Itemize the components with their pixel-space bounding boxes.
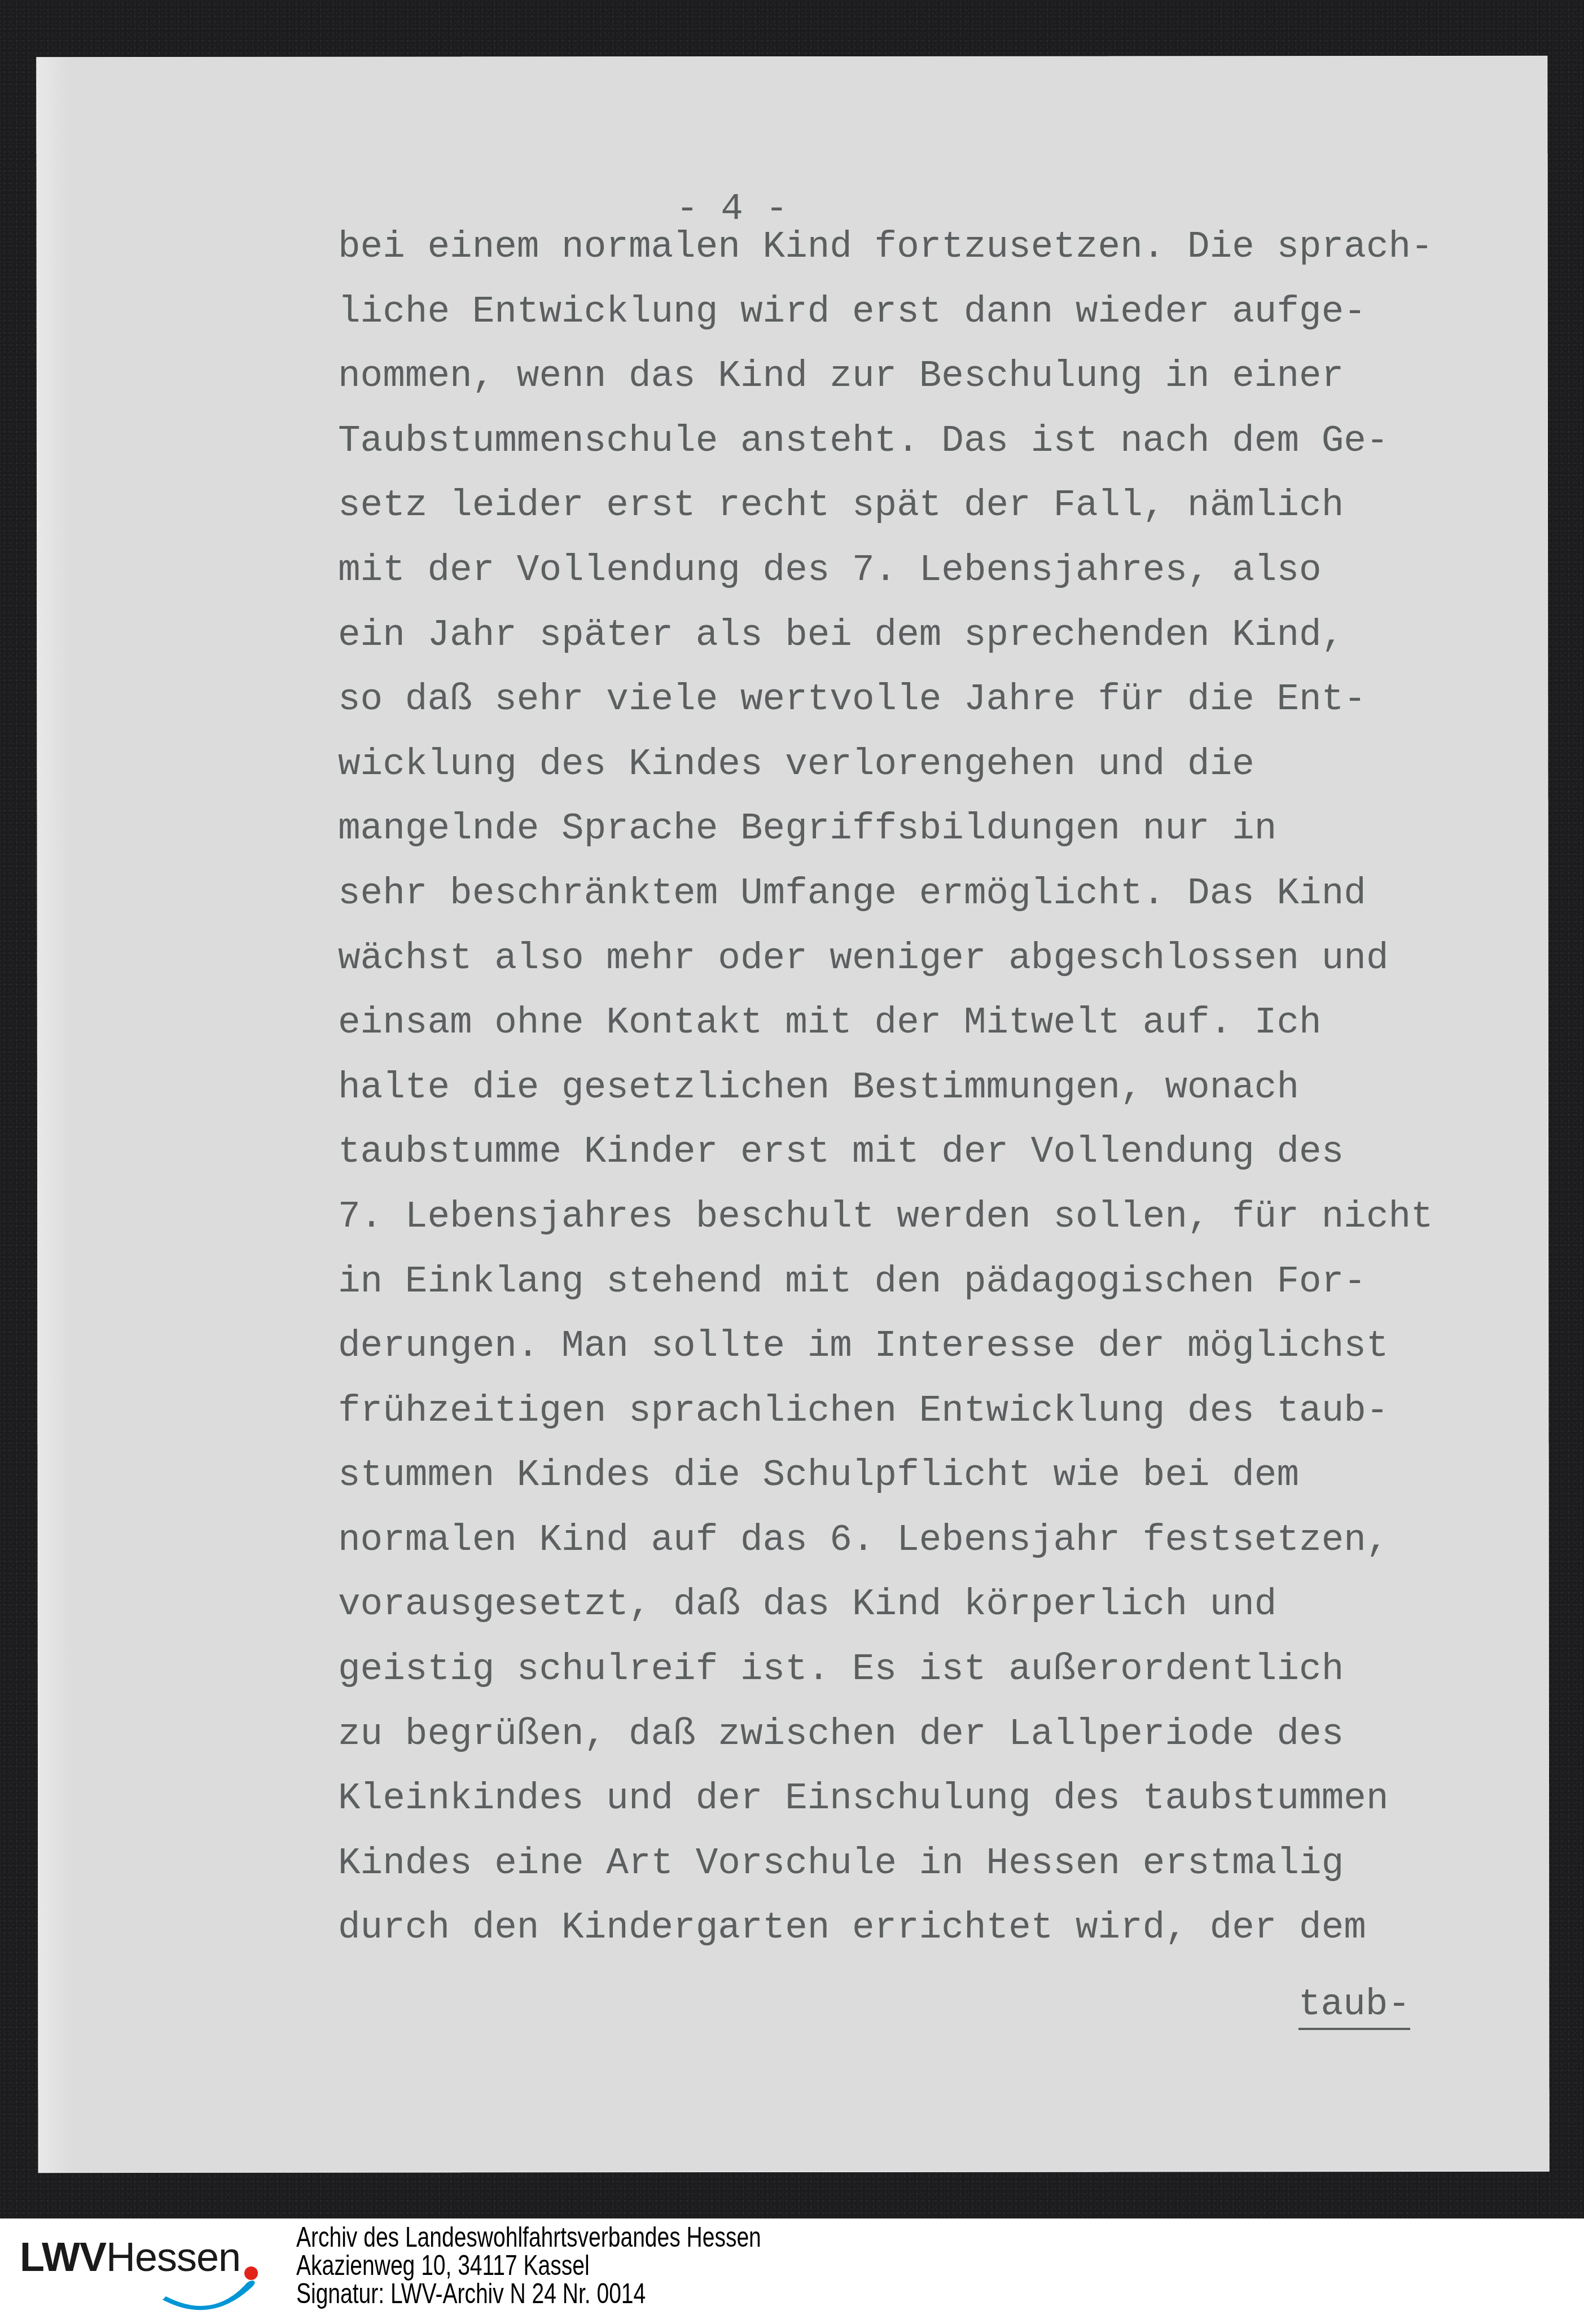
text-line: wicklung des Kindes verlorengehen und di… (338, 746, 1433, 811)
text-line: liche Entwicklung wird erst dann wieder … (338, 293, 1433, 358)
text-line: wächst also mehr oder weniger abgeschlos… (338, 940, 1433, 1005)
text-line: derungen. Man sollte im Interesse der mö… (338, 1328, 1433, 1392)
logo-bold-text: LWV (20, 2235, 106, 2280)
text-line: ein Jahr später als bei dem sprechenden … (338, 617, 1433, 682)
archive-footer: LWVHessen Archiv des Landeswohlfahrtsver… (0, 2218, 1584, 2324)
text-line: halte die gesetzlichen Bestimmungen, won… (338, 1069, 1433, 1134)
page-number: - 4 - (676, 191, 788, 228)
text-line: stummen Kindes die Schulpflicht wie bei … (338, 1457, 1433, 1522)
archive-name: Archiv des Landeswohlfahrtsverbandes Hes… (296, 2223, 761, 2251)
catchword: taub- (1298, 1986, 1410, 2030)
text-line: so daß sehr viele wertvolle Jahre für di… (338, 681, 1433, 746)
text-line: bei einem normalen Kind fortzusetzen. Di… (338, 229, 1433, 293)
text-line: geistig schulreif ist. Es ist außerorden… (338, 1651, 1433, 1716)
text-line: zu begrüßen, daß zwischen der Lallperiod… (338, 1716, 1433, 1781)
text-line: normalen Kind auf das 6. Lebensjahr fest… (338, 1522, 1433, 1587)
text-line: Kindes eine Art Vorschule in Hessen erst… (338, 1845, 1433, 1910)
text-line: nommen, wenn das Kind zur Beschulung in … (338, 358, 1433, 423)
body-text: bei einem normalen Kind fortzusetzen. Di… (338, 229, 1433, 1974)
text-line: einsam ohne Kontakt mit der Mitwelt auf.… (338, 1004, 1433, 1069)
text-line: durch den Kindergarten errichtet wird, d… (338, 1909, 1433, 1974)
logo-light-text: Hessen (106, 2235, 240, 2280)
text-line: in Einklang stehend mit den pädagogische… (338, 1263, 1433, 1328)
archive-info: Archiv des Landeswohlfahrtsverbandes Hes… (296, 2223, 761, 2308)
text-line: Kleinkindes und der Einschulung des taub… (338, 1780, 1433, 1845)
lwv-hessen-logo: LWVHessen (17, 2230, 288, 2314)
logo-wordmark: LWVHessen (20, 2234, 240, 2281)
text-line: mit der Vollendung des 7. Lebensjahres, … (338, 552, 1433, 617)
text-line: taubstumme Kinder erst mit der Vollendun… (338, 1134, 1433, 1198)
text-line: setz leider erst recht spät der Fall, nä… (338, 487, 1433, 552)
text-line: sehr beschränktem Umfange ermöglicht. Da… (338, 875, 1433, 940)
text-line: Taubstummenschule ansteht. Das ist nach … (338, 423, 1433, 487)
archive-signature: Signatur: LWV-Archiv N 24 Nr. 0014 (296, 2279, 761, 2308)
text-line: vorausgesetzt, daß das Kind körperlich u… (338, 1586, 1433, 1651)
archive-address: Akazienweg 10, 34117 Kassel (296, 2251, 761, 2279)
text-line: frühzeitigen sprachlichen Entwicklung de… (338, 1392, 1433, 1457)
text-line: mangelnde Sprache Begriffsbildungen nur … (338, 810, 1433, 875)
text-line: 7. Lebensjahres beschult werden sollen, … (338, 1198, 1433, 1263)
